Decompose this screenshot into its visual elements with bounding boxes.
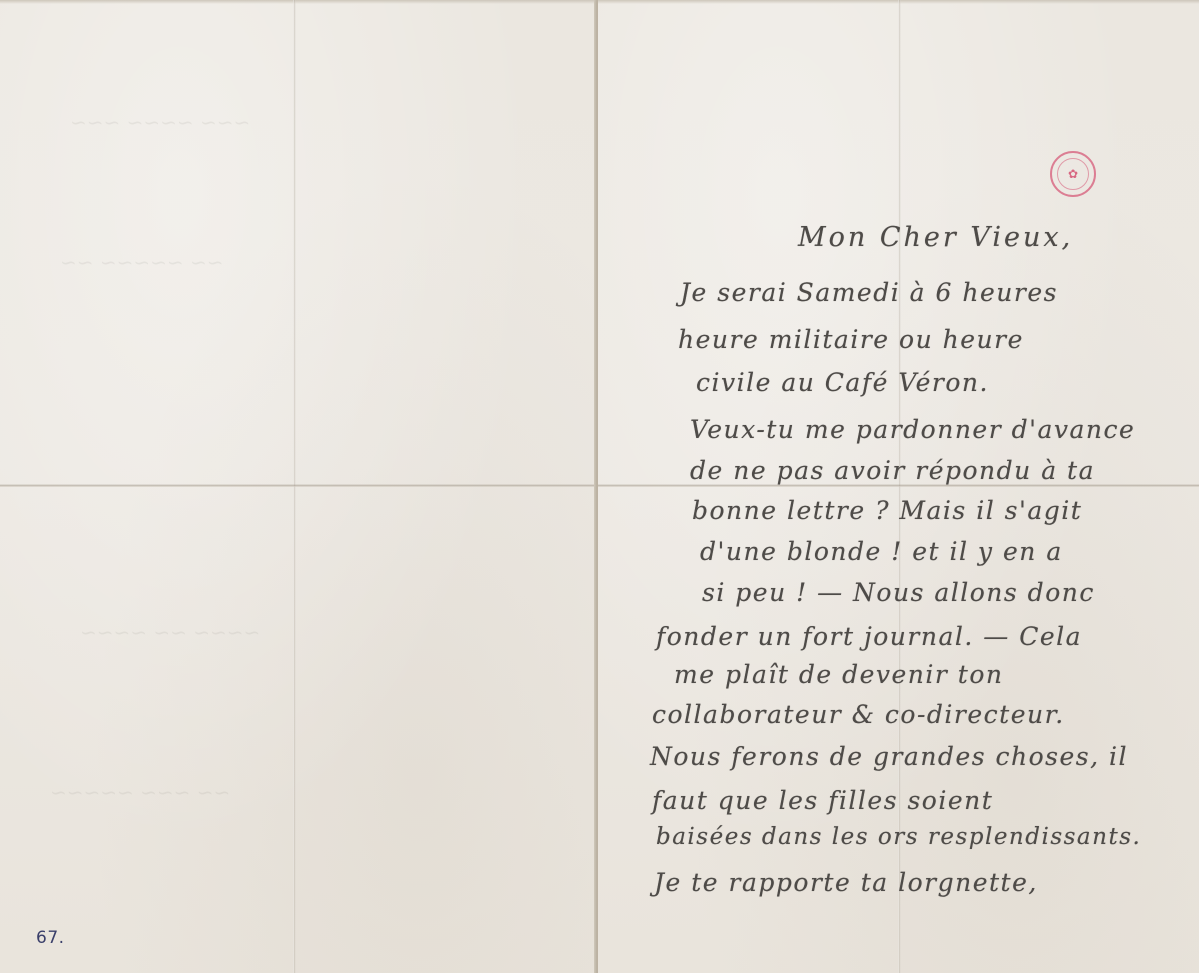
letter-line: heure militaire ou heure: [678, 325, 1024, 354]
letter-line: baisées dans les ors resplendissants.: [656, 824, 1141, 850]
letter-line: me plaît de devenir ton: [674, 660, 1004, 689]
letter-line: civile au Café Véron.: [696, 368, 989, 397]
letter-line: faut que les filles soient: [652, 786, 993, 815]
bleed-through-mark: ~~ ~~~~~ ~~: [60, 250, 224, 274]
left-page: ~~~ ~~~~ ~~~ ~~ ~~~~~ ~~ ~~~~ ~~ ~~~~ ~~…: [0, 0, 600, 973]
letter-line: Je serai Samedi à 6 heures: [680, 278, 1058, 307]
letter-line: fonder un fort journal. — Cela: [656, 622, 1082, 651]
horizontal-fold: [0, 484, 600, 487]
right-page: ✿ Mon Cher Vieux, Je serai Samedi à 6 he…: [598, 0, 1199, 973]
letter-line: d'une blonde ! et il y en a: [700, 537, 1063, 566]
bleed-through-mark: ~~ ~~~ ~~~~~: [50, 780, 230, 804]
folio-number: 67.: [36, 928, 65, 948]
letter-line: de ne pas avoir répondu à ta: [690, 456, 1095, 485]
bleed-through-mark: ~~~ ~~~~ ~~~: [70, 110, 250, 134]
letter-body: Mon Cher Vieux, Je serai Samedi à 6 heur…: [598, 0, 1199, 973]
letter-line: collaborateur & co-directeur.: [652, 700, 1065, 729]
letter-line: bonne lettre ? Mais il s'agit: [692, 496, 1082, 525]
bleed-through-mark: ~~~~ ~~ ~~~~: [80, 620, 260, 644]
letter-line: Nous ferons de grandes choses, il: [650, 742, 1128, 771]
page-top-edge: [0, 0, 600, 4]
salutation: Mon Cher Vieux,: [798, 222, 1073, 253]
letter-line: si peu ! — Nous allons donc: [702, 578, 1095, 607]
letter-line: Veux-tu me pardonner d'avance: [690, 415, 1135, 444]
letter-line: Je te rapporte ta lorgnette,: [654, 868, 1038, 897]
letter-spread: ~~~ ~~~~ ~~~ ~~ ~~~~~ ~~ ~~~~ ~~ ~~~~ ~~…: [0, 0, 1199, 973]
